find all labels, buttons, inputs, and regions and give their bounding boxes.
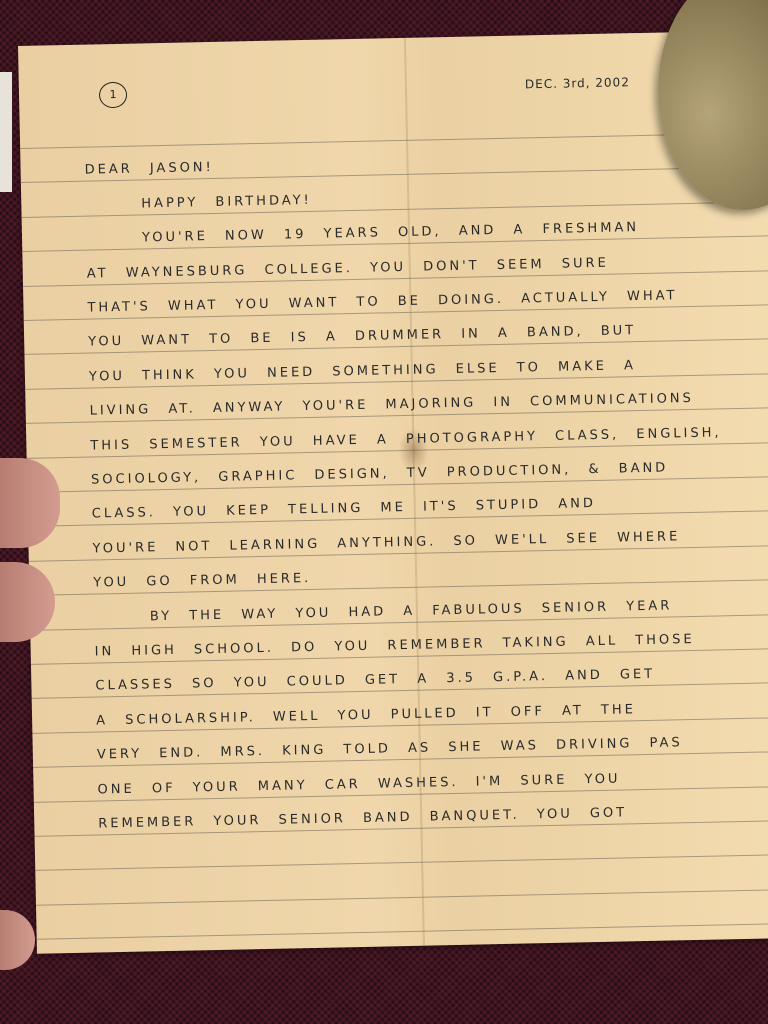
ruled-line: [36, 889, 768, 906]
letter-line: CLASSES SO YOU COULD GET A 3.5 G.P.A. AN…: [95, 667, 655, 694]
ruled-line: [37, 923, 768, 940]
letter-line: YOU GO FROM HERE.: [93, 571, 311, 591]
letter-line: YOU'RE NOW 19 YEARS OLD, AND A FRESHMAN: [142, 220, 639, 245]
letter-line: CLASS. YOU KEEP TELLING ME IT'S STUPID A…: [92, 496, 596, 522]
letter-line: YOU THINK YOU NEED SOMETHING ELSE TO MAK…: [89, 358, 636, 384]
letter-line: A SCHOLARSHIP. WELL YOU PULLED IT OFF AT…: [96, 702, 636, 728]
letter-line: AT WAYNESBURG COLLEGE. YOU DON'T SEEM SU…: [87, 255, 609, 281]
page-number: 1: [99, 82, 128, 109]
letter-line: BY THE WAY YOU HAD A FABULOUS SENIOR YEA…: [150, 598, 673, 624]
finger: [0, 910, 35, 970]
letter-line: DEAR JASON!: [84, 160, 213, 178]
adjacent-paper-edge: [0, 72, 12, 192]
ruled-line: [22, 201, 768, 218]
letter-line: REMEMBER YOUR SENIOR BAND BANQUET. YOU G…: [98, 805, 627, 831]
handwritten-letter: 1 DEC. 3rd, 2002 DEAR JASON!HAPPY BIRTHD…: [18, 30, 768, 954]
letter-line: ONE OF YOUR MANY CAR WASHES. I'M SURE YO…: [97, 771, 620, 797]
ruled-line: [20, 132, 768, 149]
letter-line: SOCIOLOGY, GRAPHIC DESIGN, TV PRODUCTION…: [91, 460, 668, 487]
letter-date: DEC. 3rd, 2002: [525, 75, 630, 91]
letter-line: YOU WANT TO BE IS A DRUMMER IN A BAND, B…: [88, 324, 636, 350]
ruled-line: [35, 854, 768, 871]
letter-line: HAPPY BIRTHDAY!: [141, 193, 312, 212]
